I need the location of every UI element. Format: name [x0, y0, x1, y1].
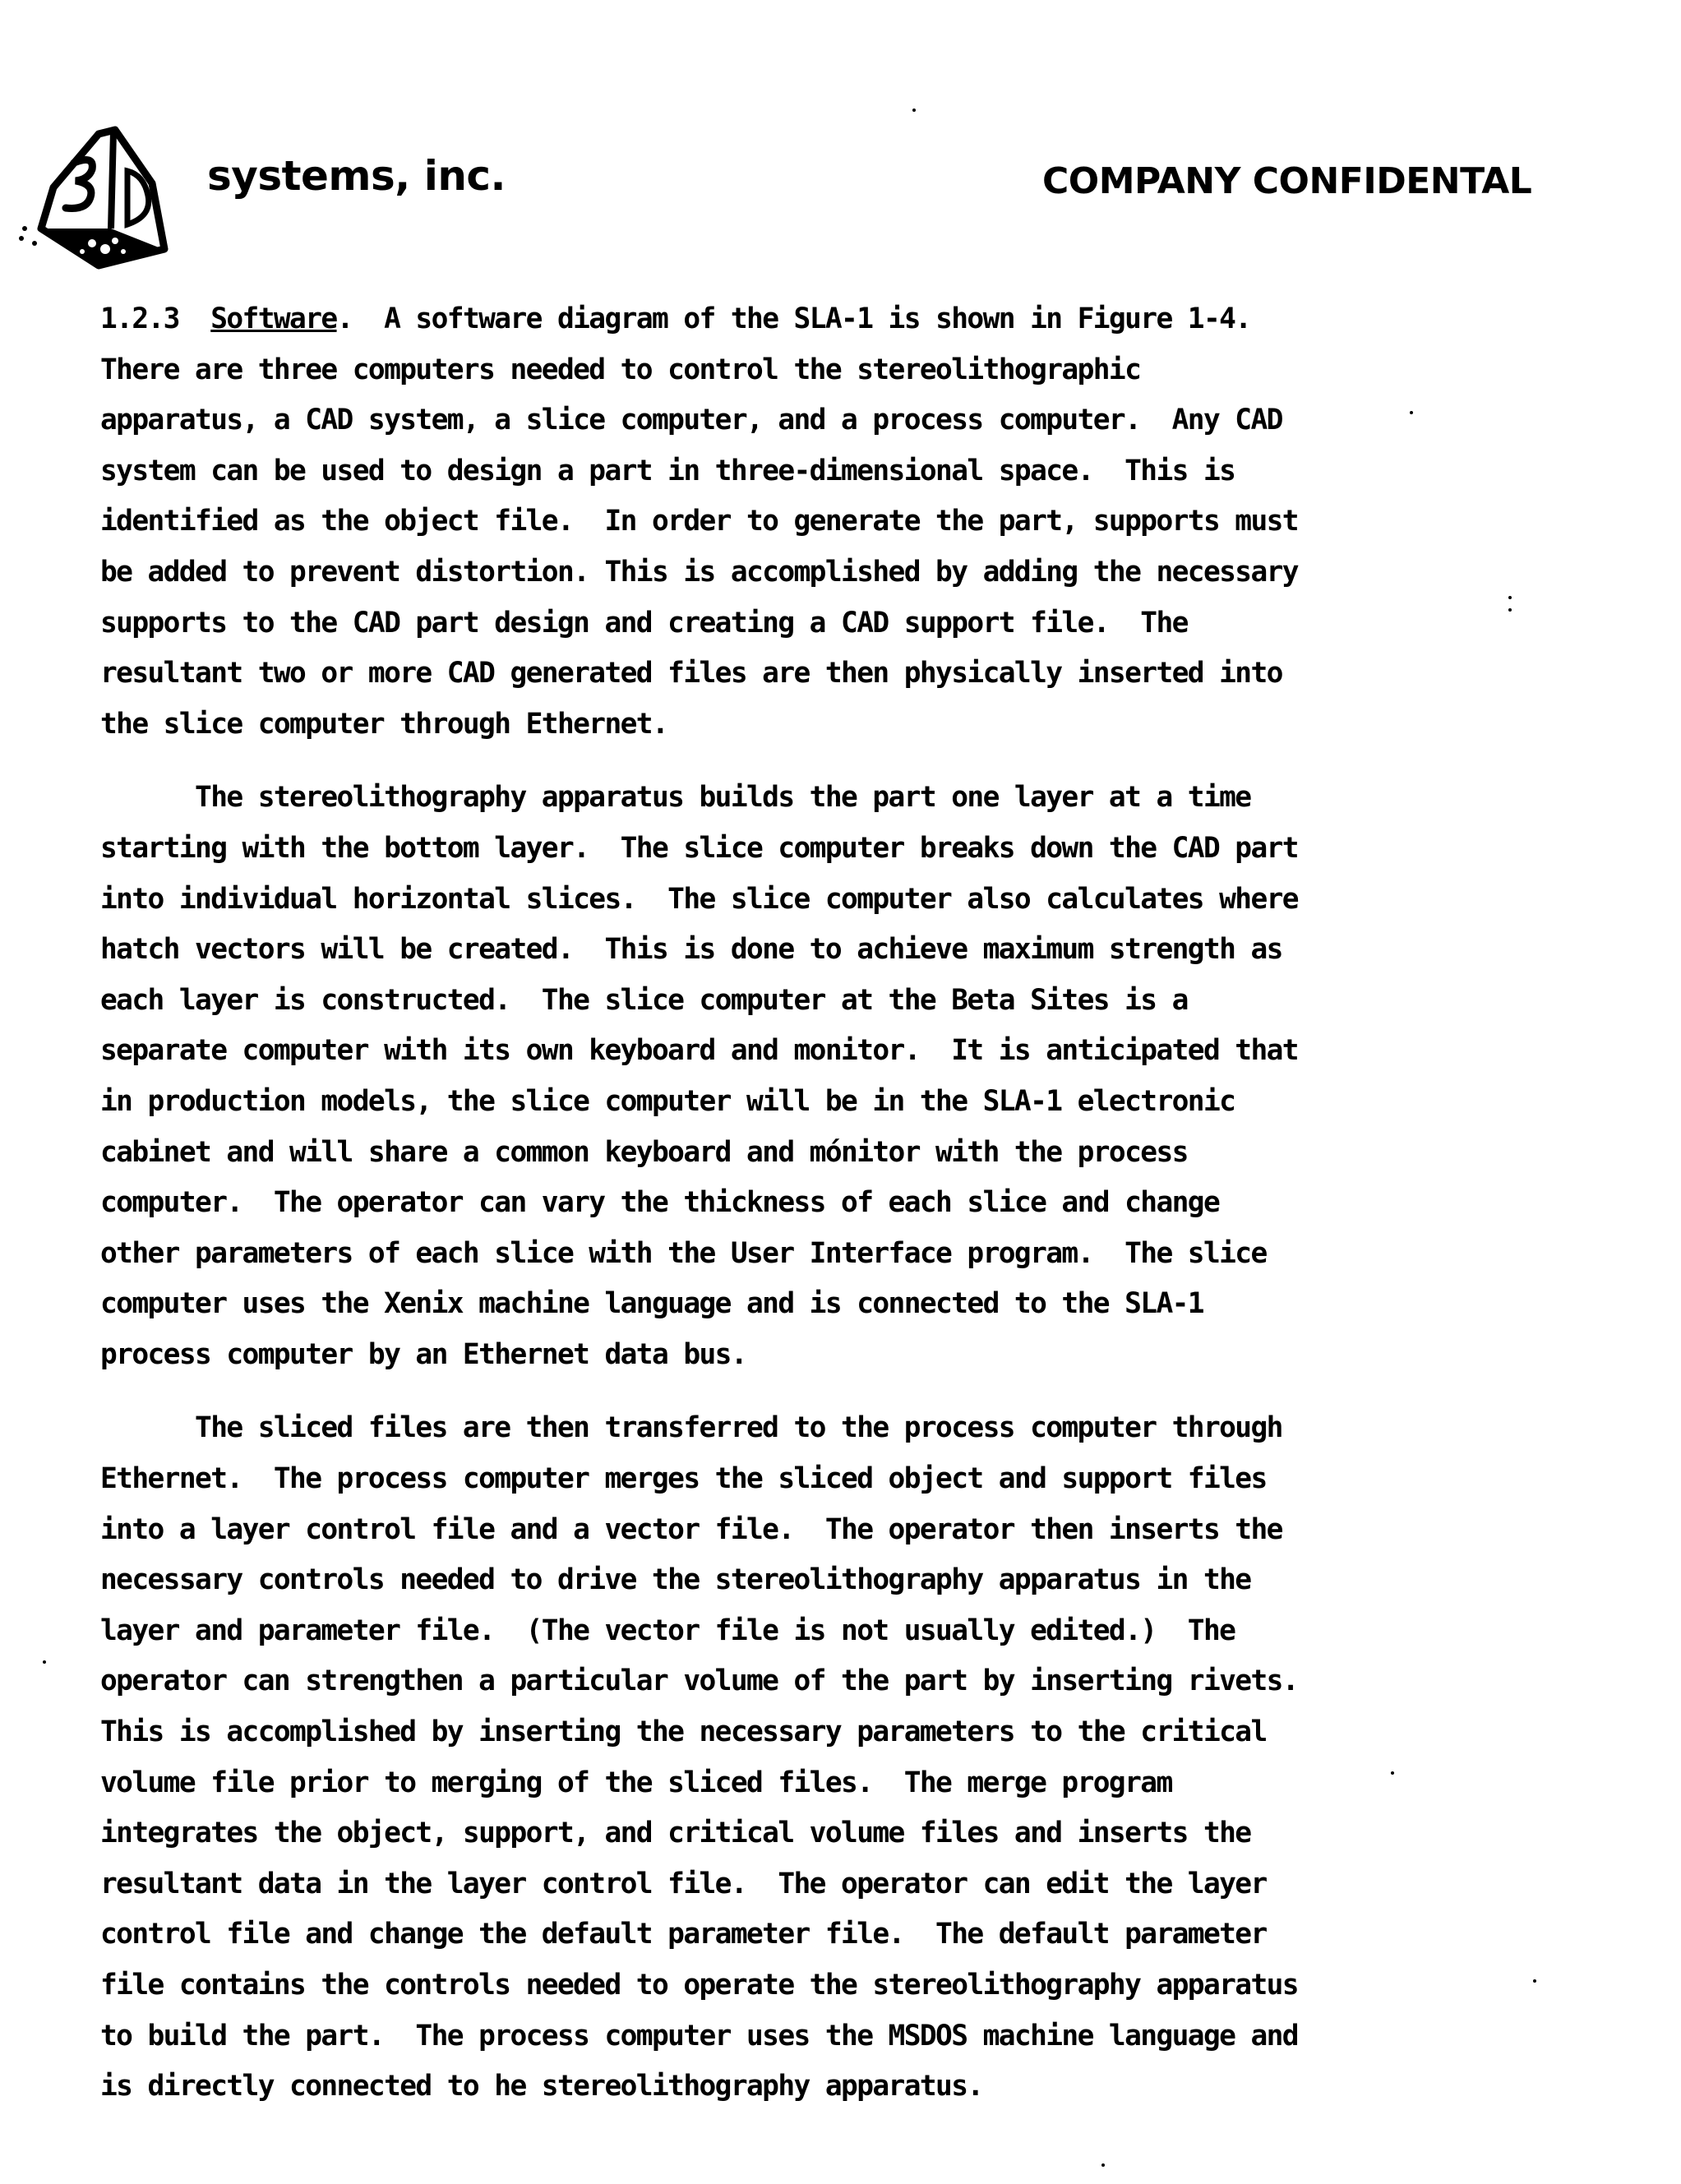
section-number: 1.2.3 — [100, 302, 179, 335]
text-line: supports to the CAD part design and crea… — [100, 598, 1448, 649]
scan-speck — [1101, 2163, 1105, 2167]
confidential-label: COMPANY CONFIDENTAL — [1042, 160, 1531, 202]
paragraph-gap — [100, 750, 1448, 773]
text-line: other parameters of each slice with the … — [100, 1229, 1448, 1280]
text-line: There are three computers needed to cont… — [100, 345, 1448, 396]
paragraph-1: There are three computers needed to cont… — [100, 345, 1448, 750]
scan-speck — [1533, 1979, 1536, 1983]
paragraph-2: The stereolithography apparatus builds t… — [100, 773, 1448, 1380]
section-heading-text: . A software diagram of the SLA-1 is sho… — [337, 302, 1251, 335]
text-line: hatch vectors will be created. This is d… — [100, 925, 1448, 976]
text-line: each layer is constructed. The slice com… — [100, 976, 1448, 1027]
text-line: necessary controls needed to drive the s… — [100, 1555, 1448, 1606]
scan-speck — [1508, 608, 1512, 612]
text-line: computer. The operator can vary the thic… — [100, 1178, 1448, 1229]
text-line: be added to prevent distortion. This is … — [100, 547, 1448, 598]
text-line: system can be used to design a part in t… — [100, 446, 1448, 497]
text-line: the slice computer through Ethernet. — [100, 700, 1448, 750]
text-line: control file and change the default para… — [100, 1909, 1448, 1960]
scan-speck — [1391, 1771, 1394, 1775]
text-line: This is accomplished by inserting the ne… — [100, 1707, 1448, 1758]
scan-speck — [1508, 596, 1512, 599]
company-name: systems, inc. — [207, 152, 506, 200]
paragraph-3: The sliced files are then transferred to… — [100, 1403, 1448, 2112]
section-title: Software — [210, 302, 336, 335]
scan-speck — [1410, 411, 1413, 414]
scan-speck — [43, 1660, 46, 1664]
text-line: separate computer with its own keyboard … — [100, 1026, 1448, 1077]
text-line: identified as the object file. In order … — [100, 496, 1448, 547]
text-line: integrates the object, support, and crit… — [100, 1808, 1448, 1859]
text-line: file contains the controls needed to ope… — [100, 1960, 1448, 2011]
text-line: The stereolithography apparatus builds t… — [100, 773, 1448, 824]
text-line: process computer by an Ethernet data bus… — [100, 1330, 1448, 1381]
3d-systems-logo-icon — [16, 105, 206, 270]
text-line: into a layer control file and a vector f… — [100, 1505, 1448, 1556]
text-line: resultant data in the layer control file… — [100, 1859, 1448, 1910]
text-line: The sliced files are then transferred to… — [100, 1403, 1448, 1454]
text-line: into individual horizontal slices. The s… — [100, 875, 1448, 926]
text-line: in production models, the slice computer… — [100, 1077, 1448, 1128]
document-body: 1.2.3 Software. A software diagram of th… — [100, 294, 1448, 2112]
text-line: apparatus, a CAD system, a slice compute… — [100, 395, 1448, 446]
text-line: layer and parameter file. (The vector fi… — [100, 1606, 1448, 1657]
text-line: volume file prior to merging of the slic… — [100, 1758, 1448, 1809]
section-heading: 1.2.3 Software. A software diagram of th… — [100, 294, 1448, 345]
scan-speck — [912, 109, 916, 112]
text-line: is directly connected to he stereolithog… — [100, 2062, 1448, 2112]
text-line: resultant two or more CAD generated file… — [100, 649, 1448, 700]
paragraph-gap — [100, 1380, 1448, 1403]
text-line: cabinet and will share a common keyboard… — [100, 1128, 1448, 1179]
text-line: starting with the bottom layer. The slic… — [100, 824, 1448, 875]
text-line: to build the part. The process computer … — [100, 2011, 1448, 2062]
text-line: operator can strengthen a particular vol… — [100, 1656, 1448, 1707]
text-line: computer uses the Xenix machine language… — [100, 1279, 1448, 1330]
text-line: Ethernet. The process computer merges th… — [100, 1454, 1448, 1505]
